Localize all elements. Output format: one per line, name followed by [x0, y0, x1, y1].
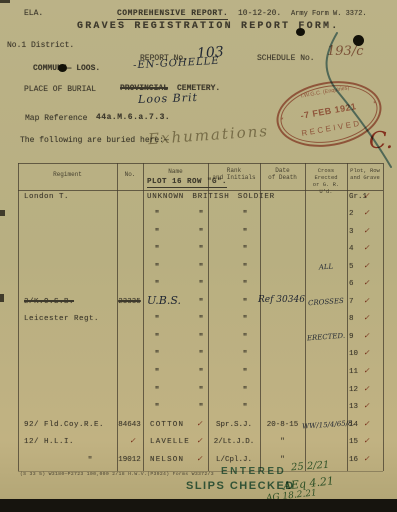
grave-number: 4: [349, 245, 354, 253]
ditto-mark: ": [152, 315, 162, 324]
ditto-mark: ": [240, 298, 250, 307]
ink-blob: [58, 64, 67, 72]
tick-mark: ✓: [363, 401, 371, 410]
ditto-mark: ": [240, 403, 250, 412]
ditto-mark: ": [240, 228, 250, 237]
tick-mark: ✓: [363, 366, 371, 375]
table-row: 2/K.O.S.B.23335U.B.S.""Ref 30346CROSSES7…: [0, 296, 397, 313]
cross-note-handwritten: ERECTED.: [302, 331, 350, 342]
tick-mark: ✓: [363, 243, 371, 252]
table-row: """12✓: [0, 384, 397, 401]
ditto-mark: ": [196, 228, 206, 237]
table-row: 12/ H.L.I.✓LAVELLE✓2/Lt.J.D."15✓: [0, 436, 397, 453]
name-cell: LAVELLE: [150, 438, 190, 446]
ditto-mark: ": [196, 298, 206, 307]
table-row: """2✓: [0, 208, 397, 225]
ditto-mark: ": [196, 403, 206, 412]
name-handwritten: U.B.S.: [147, 294, 181, 307]
ditto-mark: ": [196, 263, 206, 272]
tick-mark: ✓: [363, 384, 371, 393]
grave-number: 5: [349, 263, 354, 271]
tick-mark: ✓: [363, 436, 371, 445]
col-header-name: Name: [143, 168, 208, 175]
regiment-cell: 12/ H.L.I.: [24, 438, 74, 446]
col-header-no: No.: [117, 171, 143, 178]
tick-mark: ✓: [196, 436, 204, 445]
table-top-border: [18, 163, 383, 164]
ditto-mark: ": [240, 350, 250, 359]
col-header-date: Date of Death: [260, 167, 305, 181]
tick-mark: ✓: [129, 436, 137, 445]
tick-mark: ✓: [363, 191, 371, 200]
ditto-mark: ": [240, 368, 250, 377]
tick-mark: ✓: [363, 313, 371, 322]
grave-number: 16: [349, 456, 358, 464]
date-note-handwritten: Ref 30346: [258, 295, 305, 305]
service-number-cell: 84643: [116, 421, 143, 429]
ditto-mark: ": [196, 245, 206, 254]
ditto-mark: ": [240, 333, 250, 342]
slips-checked-stamp: SLIPS CHECKED: [186, 480, 295, 492]
ditto-mark: ": [196, 386, 206, 395]
footer-print-line: (S 33 5) W3180—P2723 100,000 2/18 H.W.V.…: [20, 472, 214, 477]
table-row: """6✓: [0, 278, 397, 295]
cross-note-handwritten: WW/15/4/65/8.: [302, 419, 350, 430]
ditto-mark: ": [240, 315, 250, 324]
grave-number: 15: [349, 438, 358, 446]
tick-mark: ✓: [363, 226, 371, 235]
ditto-mark: ": [152, 210, 162, 219]
tick-mark: ✓: [196, 454, 204, 463]
punch-hole: [353, 35, 364, 46]
ditto-mark: ": [152, 228, 162, 237]
ditto-mark: ": [240, 280, 250, 289]
table-row: """ALL5✓: [0, 261, 397, 278]
regiment-cell: London T.: [24, 193, 69, 201]
col-header-grave: Plot, Row and Grave: [347, 167, 383, 181]
regiment-cell: 2/K.O.S.B.: [24, 298, 74, 306]
grave-number: 11: [349, 368, 358, 376]
service-number-cell: 23335: [116, 298, 143, 306]
ditto-mark: ": [240, 263, 250, 272]
name-cell: COTTON: [150, 421, 184, 429]
grave-number: 7: [349, 298, 354, 306]
graves-registration-form-page: ELA. COMPREHENSIVE REPORT. 10-12-20. Arm…: [0, 0, 397, 512]
ditto-mark: ": [152, 263, 162, 272]
grave-number: 9: [349, 333, 354, 341]
name-cell: UNKNOWN BRITISH SOLDIER: [147, 193, 275, 201]
ditto-mark: ": [152, 245, 162, 254]
name-cell: NELSON: [150, 456, 184, 464]
regiment-cell: Leicester Regt.: [24, 315, 99, 323]
table-row: """10✓: [0, 348, 397, 365]
ditto-mark: ": [240, 245, 250, 254]
tick-mark: ✓: [363, 348, 371, 357]
grave-number: 12: [349, 386, 358, 394]
cross-note-handwritten: CROSSES: [302, 296, 350, 307]
ditto-mark: ": [196, 333, 206, 342]
table-row: """3✓: [0, 226, 397, 243]
tick-mark: ✓: [363, 208, 371, 217]
tick-mark: ✓: [196, 419, 204, 428]
ditto-mark: ": [152, 333, 162, 342]
tick-mark: ✓: [363, 261, 371, 270]
table-row: London T.UNKNOWN BRITISH SOLDIERGr.1✓: [0, 191, 397, 208]
cross-note-handwritten: ALL: [302, 261, 350, 272]
table-row: """11✓: [0, 366, 397, 383]
ditto-mark: ": [196, 210, 206, 219]
rank-cell: 2/Lt.J.D.: [208, 438, 260, 446]
table-row: """ERECTED.9✓: [0, 331, 397, 348]
table-row: """13✓: [0, 401, 397, 418]
table-row: "19012NELSON✓L/Cpl.J."16✓: [0, 454, 397, 471]
ditto-mark: ": [152, 350, 162, 359]
ditto-mark: ": [196, 280, 206, 289]
table-row: 92/ Fld.Coy.R.E.84643COTTON✓Spr.S.J.20-8…: [0, 419, 397, 436]
grave-number: 13: [349, 403, 358, 411]
regiment-cell: 92/ Fld.Coy.R.E.: [24, 421, 104, 429]
grave-number: 3: [349, 228, 354, 236]
col-header-regiment: Regiment: [18, 171, 117, 178]
ditto-mark: ": [240, 210, 250, 219]
ditto-mark: ": [152, 386, 162, 395]
date-ditto: ": [260, 438, 305, 446]
plot-row-section-title: PLOT 16 ROW "G".: [147, 178, 227, 188]
entered-stamp: ENTERED: [221, 466, 286, 477]
table-row: """4✓: [0, 243, 397, 260]
tick-mark: ✓: [363, 331, 371, 340]
scan-artifact: [0, 0, 10, 3]
bottom-scan-bar: [0, 499, 397, 512]
grave-number: 10: [349, 350, 358, 358]
rank-cell: L/Cpl.J.: [208, 456, 260, 464]
ink-blob: [296, 28, 305, 36]
tick-mark: ✓: [363, 454, 371, 463]
service-number-cell: 19012: [116, 456, 143, 464]
ditto-mark: ": [196, 315, 206, 324]
regiment-ditto: ": [80, 456, 100, 465]
ditto-mark: ": [240, 386, 250, 395]
grave-number: 2: [349, 210, 354, 218]
ditto-mark: ": [152, 403, 162, 412]
tick-mark: ✓: [363, 296, 371, 305]
tick-mark: ✓: [363, 419, 371, 428]
tick-mark: ✓: [363, 278, 371, 287]
date-cell: 20-8-15: [260, 421, 305, 429]
grave-number: 6: [349, 280, 354, 288]
table-row: Leicester Regt."""8✓: [0, 313, 397, 330]
rank-cell: Spr.S.J.: [208, 421, 260, 429]
grave-number: 14: [349, 421, 358, 429]
ditto-mark: ": [152, 280, 162, 289]
ditto-mark: ": [152, 368, 162, 377]
ditto-mark: ": [196, 350, 206, 359]
grave-number: 8: [349, 315, 354, 323]
ditto-mark: ": [196, 368, 206, 377]
